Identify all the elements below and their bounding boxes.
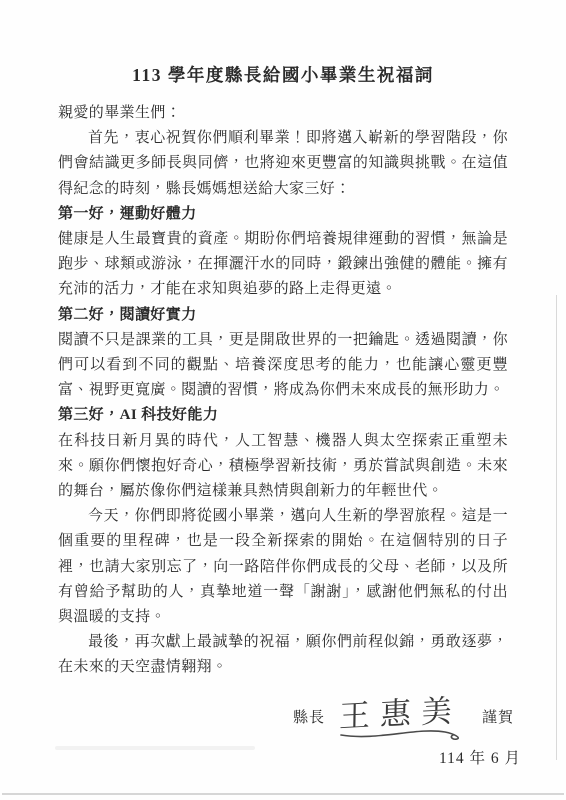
handwritten-signature: 王惠美 — [335, 697, 472, 737]
signature-honorific: 謹賀 — [482, 706, 514, 727]
signature-block: 縣長 王惠美 謹賀 — [0, 697, 566, 737]
scan-page-edge-right — [556, 295, 557, 760]
salutation: 親愛的畢業生們： — [58, 101, 508, 126]
section-heading-exercise: 第一好，運動好體力 — [58, 202, 508, 227]
section-body-exercise: 健康是人生最寶貴的資產。期盼你們培養規律運動的習慣，無論是跑步、球類或游泳，在揮… — [58, 227, 508, 303]
scan-smudge-artifact — [55, 746, 255, 750]
letter-body: 親愛的畢業生們： 首先，衷心祝賀你們順利畢業！即將邁入嶄新的學習階段，你們會結識… — [58, 101, 508, 681]
paragraph-today: 今天，你們即將從國小畢業，邁向人生新的學習旅程。這是一個重要的里程碑，也是一段全… — [58, 504, 508, 630]
scanned-letter-page: 113 學年度縣長給國小畢業生祝福詞 親愛的畢業生們： 首先，衷心祝賀你們順利畢… — [0, 0, 566, 800]
paragraph-farewell: 最後，再次獻上最誠摯的祝福，願你們前程似錦，勇敢逐夢，在未來的天空盡情翱翔。 — [58, 630, 508, 680]
section-heading-ai-tech: 第三好，AI 科技好能力 — [58, 403, 508, 428]
section-body-reading: 閱讀不只是課業的工具，更是開啟世界的一把鑰匙。透過閱讀，你們可以看到不同的觀點、… — [58, 328, 508, 404]
scan-page-edge-bottom — [2, 793, 564, 795]
signature-flourish-stroke — [337, 725, 469, 741]
page-title: 113 學年度縣長給國小畢業生祝福詞 — [0, 62, 566, 88]
intro-paragraph: 首先，衷心祝賀你們順利畢業！即將邁入嶄新的學習階段，你們會結識更多師長與同儕，也… — [58, 126, 508, 202]
section-body-ai-tech: 在科技日新月異的時代，人工智慧、機器人與太空探索正重塑未來。願你們懷抱好奇心，積… — [58, 429, 508, 505]
section-heading-reading: 第二好，閱讀好實力 — [58, 303, 508, 328]
signature-role: 縣長 — [293, 706, 325, 727]
